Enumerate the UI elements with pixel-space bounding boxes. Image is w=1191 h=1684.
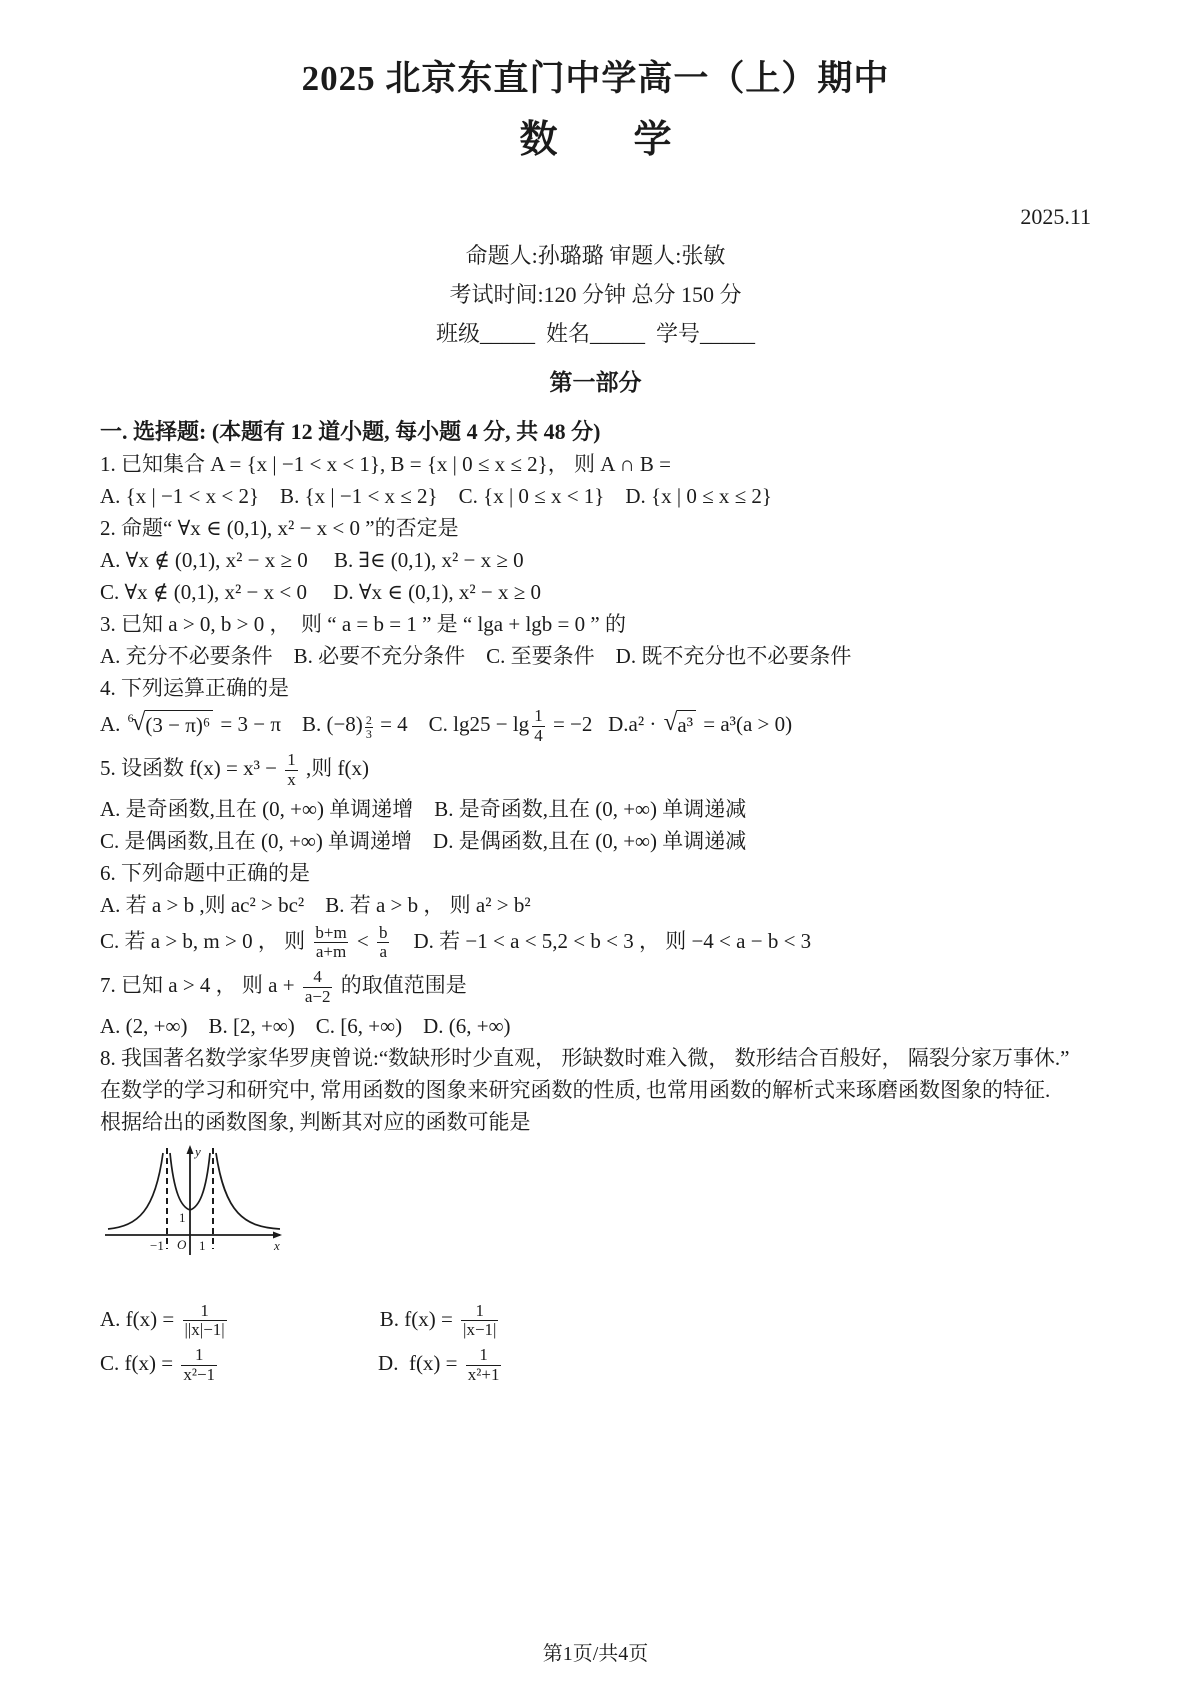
numerator: 2 — [366, 714, 372, 727]
x-tick-neg1: −1 — [150, 1238, 164, 1253]
q6-options-ab: A. 若 a > b ,则 ac² > bc² B. 若 a > b ， 则 a… — [100, 892, 1091, 918]
text-run: 在数学的学习和研究中, 常用函数的图象来研究函数的性质, 也常用函数的解析式来琢… — [100, 1078, 1050, 1102]
text-run: 4. 下列运算正确的是 — [100, 676, 289, 700]
numerator: 1 — [474, 1302, 487, 1321]
text-run: 5. 设函数 f(x) = x³ − — [100, 756, 282, 780]
numerator: 1 — [532, 707, 545, 726]
q8-stem-1: 8. 我国著名数学家华罗庚曾说:“数缺形时少直观， 形缺数时难入微， 数形结合百… — [100, 1045, 1091, 1071]
exam-setters: 命题人:孙璐璐 审题人:张敏 — [100, 243, 1091, 269]
q8-options-cd: C. f(x) = 1x²−1D. f(x) = 1x²+1 — [100, 1346, 1091, 1384]
text-run: = 4 C. lg25 − lg — [375, 712, 529, 736]
curve-right-branch — [216, 1153, 280, 1229]
text-run: 6. 下列命题中正确的是 — [100, 861, 310, 885]
q6-stem: 6. 下列命题中正确的是 — [100, 860, 1091, 886]
fraction: 1x — [285, 751, 298, 789]
radical-sign: √ — [132, 710, 146, 735]
q7-stem: 7. 已知 a > 4 ， 则 a + 4a−2 的取值范围是 — [100, 968, 1091, 1006]
radical-sign: √ — [664, 710, 678, 735]
denominator: x — [285, 770, 298, 790]
denominator: a−2 — [303, 987, 333, 1007]
text-run: D. 若 −1 < a < 5,2 < b < 3 ， 则 −4 < a − b… — [393, 929, 812, 953]
q6-options-cd: C. 若 a > b, m > 0 ， 则 b+ma+m < ba D. 若 −… — [100, 924, 1091, 962]
part-heading: 第一部分 — [100, 369, 1091, 397]
denominator: a+m — [314, 942, 348, 962]
text-run: 7. 已知 a > 4 ， 则 a + — [100, 973, 300, 997]
x-axis-label: x — [273, 1238, 280, 1253]
denominator: ||x|−1| — [183, 1320, 227, 1340]
numerator: b+m — [313, 924, 348, 943]
denominator: x²−1 — [181, 1365, 217, 1385]
fraction: 1|x−1| — [461, 1302, 498, 1340]
q1-options: A. {x | −1 < x < 2} B. {x | −1 < x ≤ 2} … — [100, 483, 1091, 509]
text-run: 根据给出的函数图象, 判断其对应的函数可能是 — [100, 1110, 531, 1134]
fraction: 1x²+1 — [466, 1346, 502, 1384]
fraction: 1x²−1 — [181, 1346, 217, 1384]
radicand: a³ — [677, 710, 696, 738]
q8-stem-3: 根据给出的函数图象, 判断其对应的函数可能是 — [100, 1109, 1091, 1135]
denominator: 4 — [532, 726, 545, 746]
radical: 6√(3 − π)⁶ — [128, 712, 214, 740]
fraction: ba — [377, 924, 390, 962]
text-run: C. f(x) = — [100, 1351, 178, 1375]
q2-stem: 2. 命题“ ∀x ∈ (0,1), x² − x < 0 ”的否定是 — [100, 515, 1091, 541]
text-run: = a³(a > 0) — [698, 712, 792, 736]
text-run: 一. 选择题: (本题有 12 道小题, 每小题 4 分, 共 48 分) — [100, 419, 600, 444]
origin-label: O — [177, 1237, 187, 1252]
q4-stem: 4. 下列运算正确的是 — [100, 675, 1091, 701]
numerator: 1 — [193, 1346, 206, 1365]
text-run: 3. 已知 a > 0, b > 0 ， 则 “ a = b = 1 ” 是 “… — [100, 612, 626, 636]
text-run: B. f(x) = — [380, 1307, 458, 1331]
text-run: 的取值范围是 — [335, 973, 466, 997]
y-tick-1: 1 — [179, 1210, 186, 1225]
text-run: ,则 f(x) — [301, 756, 369, 780]
text-run: A. 是奇函数,且在 (0, +∞) 单调递增 B. 是奇函数,且在 (0, +… — [100, 797, 746, 821]
text-run: A. 若 a > b ,则 ac² > bc² B. 若 a > b ， 则 a… — [100, 893, 531, 917]
numerator: 1 — [477, 1346, 490, 1365]
question-list: 一. 选择题: (本题有 12 道小题, 每小题 4 分, 共 48 分)1. … — [100, 419, 1091, 1135]
q8-stem-2: 在数学的学习和研究中, 常用函数的图象来研究函数的性质, 也常用函数的解析式来琢… — [100, 1077, 1091, 1103]
text-run: = −2 D.a² · — [548, 712, 662, 736]
exam-date: 2025.11 — [100, 204, 1091, 230]
page-footer: 第1页/共4页 — [0, 1637, 1191, 1666]
y-axis-arrow — [187, 1145, 194, 1154]
text-run: = 3 − π B. (−8) — [215, 712, 363, 736]
text-run: A. f(x) = — [100, 1307, 180, 1331]
q5-options-cd: C. 是偶函数,且在 (0, +∞) 单调递增 D. 是偶函数,且在 (0, +… — [100, 828, 1091, 854]
q7-options: A. (2, +∞) B. [2, +∞) C. [6, +∞) D. (6, … — [100, 1013, 1091, 1039]
text-run: C. 若 a > b, m > 0 ， 则 — [100, 929, 310, 953]
radicand: (3 − π)⁶ — [145, 710, 213, 738]
q5-options-ab: A. 是奇函数,且在 (0, +∞) 单调递增 B. 是奇函数,且在 (0, +… — [100, 796, 1091, 822]
text-run: D. f(x) = — [378, 1351, 463, 1375]
exponent-fraction: 23 — [365, 714, 373, 740]
text-run: < — [352, 929, 374, 953]
text-run: 1. 已知集合 A = {x | −1 < x < 1}, B = {x | 0… — [100, 452, 671, 476]
numerator: 1 — [285, 751, 298, 770]
fraction: b+ma+m — [313, 924, 348, 962]
denominator: 3 — [365, 727, 373, 741]
exam-page: 2025 北京东直门中学高一（上）期中 数 学 2025.11 命题人:孙璐璐 … — [0, 0, 1191, 1684]
text-run: A. ∀x ∉ (0,1), x² − x ≥ 0 B. ∃∈ (0,1), x… — [100, 548, 524, 572]
text-run: C. ∀x ∉ (0,1), x² − x < 0 D. ∀x ∈ (0,1),… — [100, 580, 541, 604]
fraction: 4a−2 — [303, 968, 333, 1006]
text-run: A. 充分不必要条件 B. 必要不充分条件 C. 至要条件 D. 既不充分也不必… — [100, 644, 851, 668]
q1-stem: 1. 已知集合 A = {x | −1 < x < 1}, B = {x | 0… — [100, 451, 1091, 477]
q3-stem: 3. 已知 a > 0, b > 0 ， 则 “ a = b = 1 ” 是 “… — [100, 611, 1091, 637]
numerator: 4 — [311, 968, 324, 987]
text-run: A. — [100, 712, 126, 736]
text-run: A. (2, +∞) B. [2, +∞) C. [6, +∞) D. (6, … — [100, 1014, 511, 1038]
curve-left-branch — [108, 1153, 163, 1229]
denominator: a — [377, 942, 389, 962]
numerator: b — [377, 924, 390, 943]
fraction: 1||x|−1| — [183, 1302, 227, 1340]
student-info-fields: 班级_____ 姓名_____ 学号_____ — [100, 321, 1091, 347]
text-run: 2. 命题“ ∀x ∈ (0,1), x² − x < 0 ”的否定是 — [100, 516, 459, 540]
radical: √a³ — [664, 712, 696, 740]
q8-option-list: A. f(x) = 1||x|−1|B. f(x) = 1|x−1|C. f(x… — [100, 1302, 1091, 1385]
column-gap — [230, 1325, 380, 1326]
denominator: |x−1| — [461, 1320, 498, 1340]
column-gap — [220, 1369, 378, 1370]
q8-figure: y x O −1 1 1 — [102, 1143, 1091, 1280]
q8-options-ab: A. f(x) = 1||x|−1|B. f(x) = 1|x−1| — [100, 1302, 1091, 1340]
x-tick-pos1: 1 — [199, 1238, 206, 1253]
q2-options-cd: C. ∀x ∉ (0,1), x² − x < 0 D. ∀x ∈ (0,1),… — [100, 579, 1091, 605]
exam-duration-score: 考试时间:120 分钟 总分 150 分 — [100, 282, 1091, 308]
exam-subject: 数 学 — [100, 116, 1091, 164]
function-graph-svg: y x O −1 1 1 — [102, 1143, 294, 1275]
text-run: 8. 我国著名数学家华罗庚曾说:“数缺形时少直观， 形缺数时难入微， 数形结合百… — [100, 1046, 1069, 1070]
numerator: 1 — [198, 1302, 211, 1321]
q4-options: A. 6√(3 − π)⁶ = 3 − π B. (−8)23 = 4 C. l… — [100, 707, 1091, 745]
exam-title: 2025 北京东直门中学高一（上）期中 — [100, 56, 1091, 102]
q2-options-ab: A. ∀x ∉ (0,1), x² − x ≥ 0 B. ∃∈ (0,1), x… — [100, 547, 1091, 573]
text-run: C. 是偶函数,且在 (0, +∞) 单调递增 D. 是偶函数,且在 (0, +… — [100, 829, 746, 853]
text-run: A. {x | −1 < x < 2} B. {x | −1 < x ≤ 2} … — [100, 484, 772, 508]
section-heading: 一. 选择题: (本题有 12 道小题, 每小题 4 分, 共 48 分) — [100, 419, 1091, 445]
fraction: 14 — [532, 707, 545, 745]
denominator: x²+1 — [466, 1365, 502, 1385]
q3-options: A. 充分不必要条件 B. 必要不充分条件 C. 至要条件 D. 既不充分也不必… — [100, 643, 1091, 669]
y-axis-label: y — [193, 1144, 201, 1159]
q5-stem: 5. 设函数 f(x) = x³ − 1x ,则 f(x) — [100, 751, 1091, 789]
